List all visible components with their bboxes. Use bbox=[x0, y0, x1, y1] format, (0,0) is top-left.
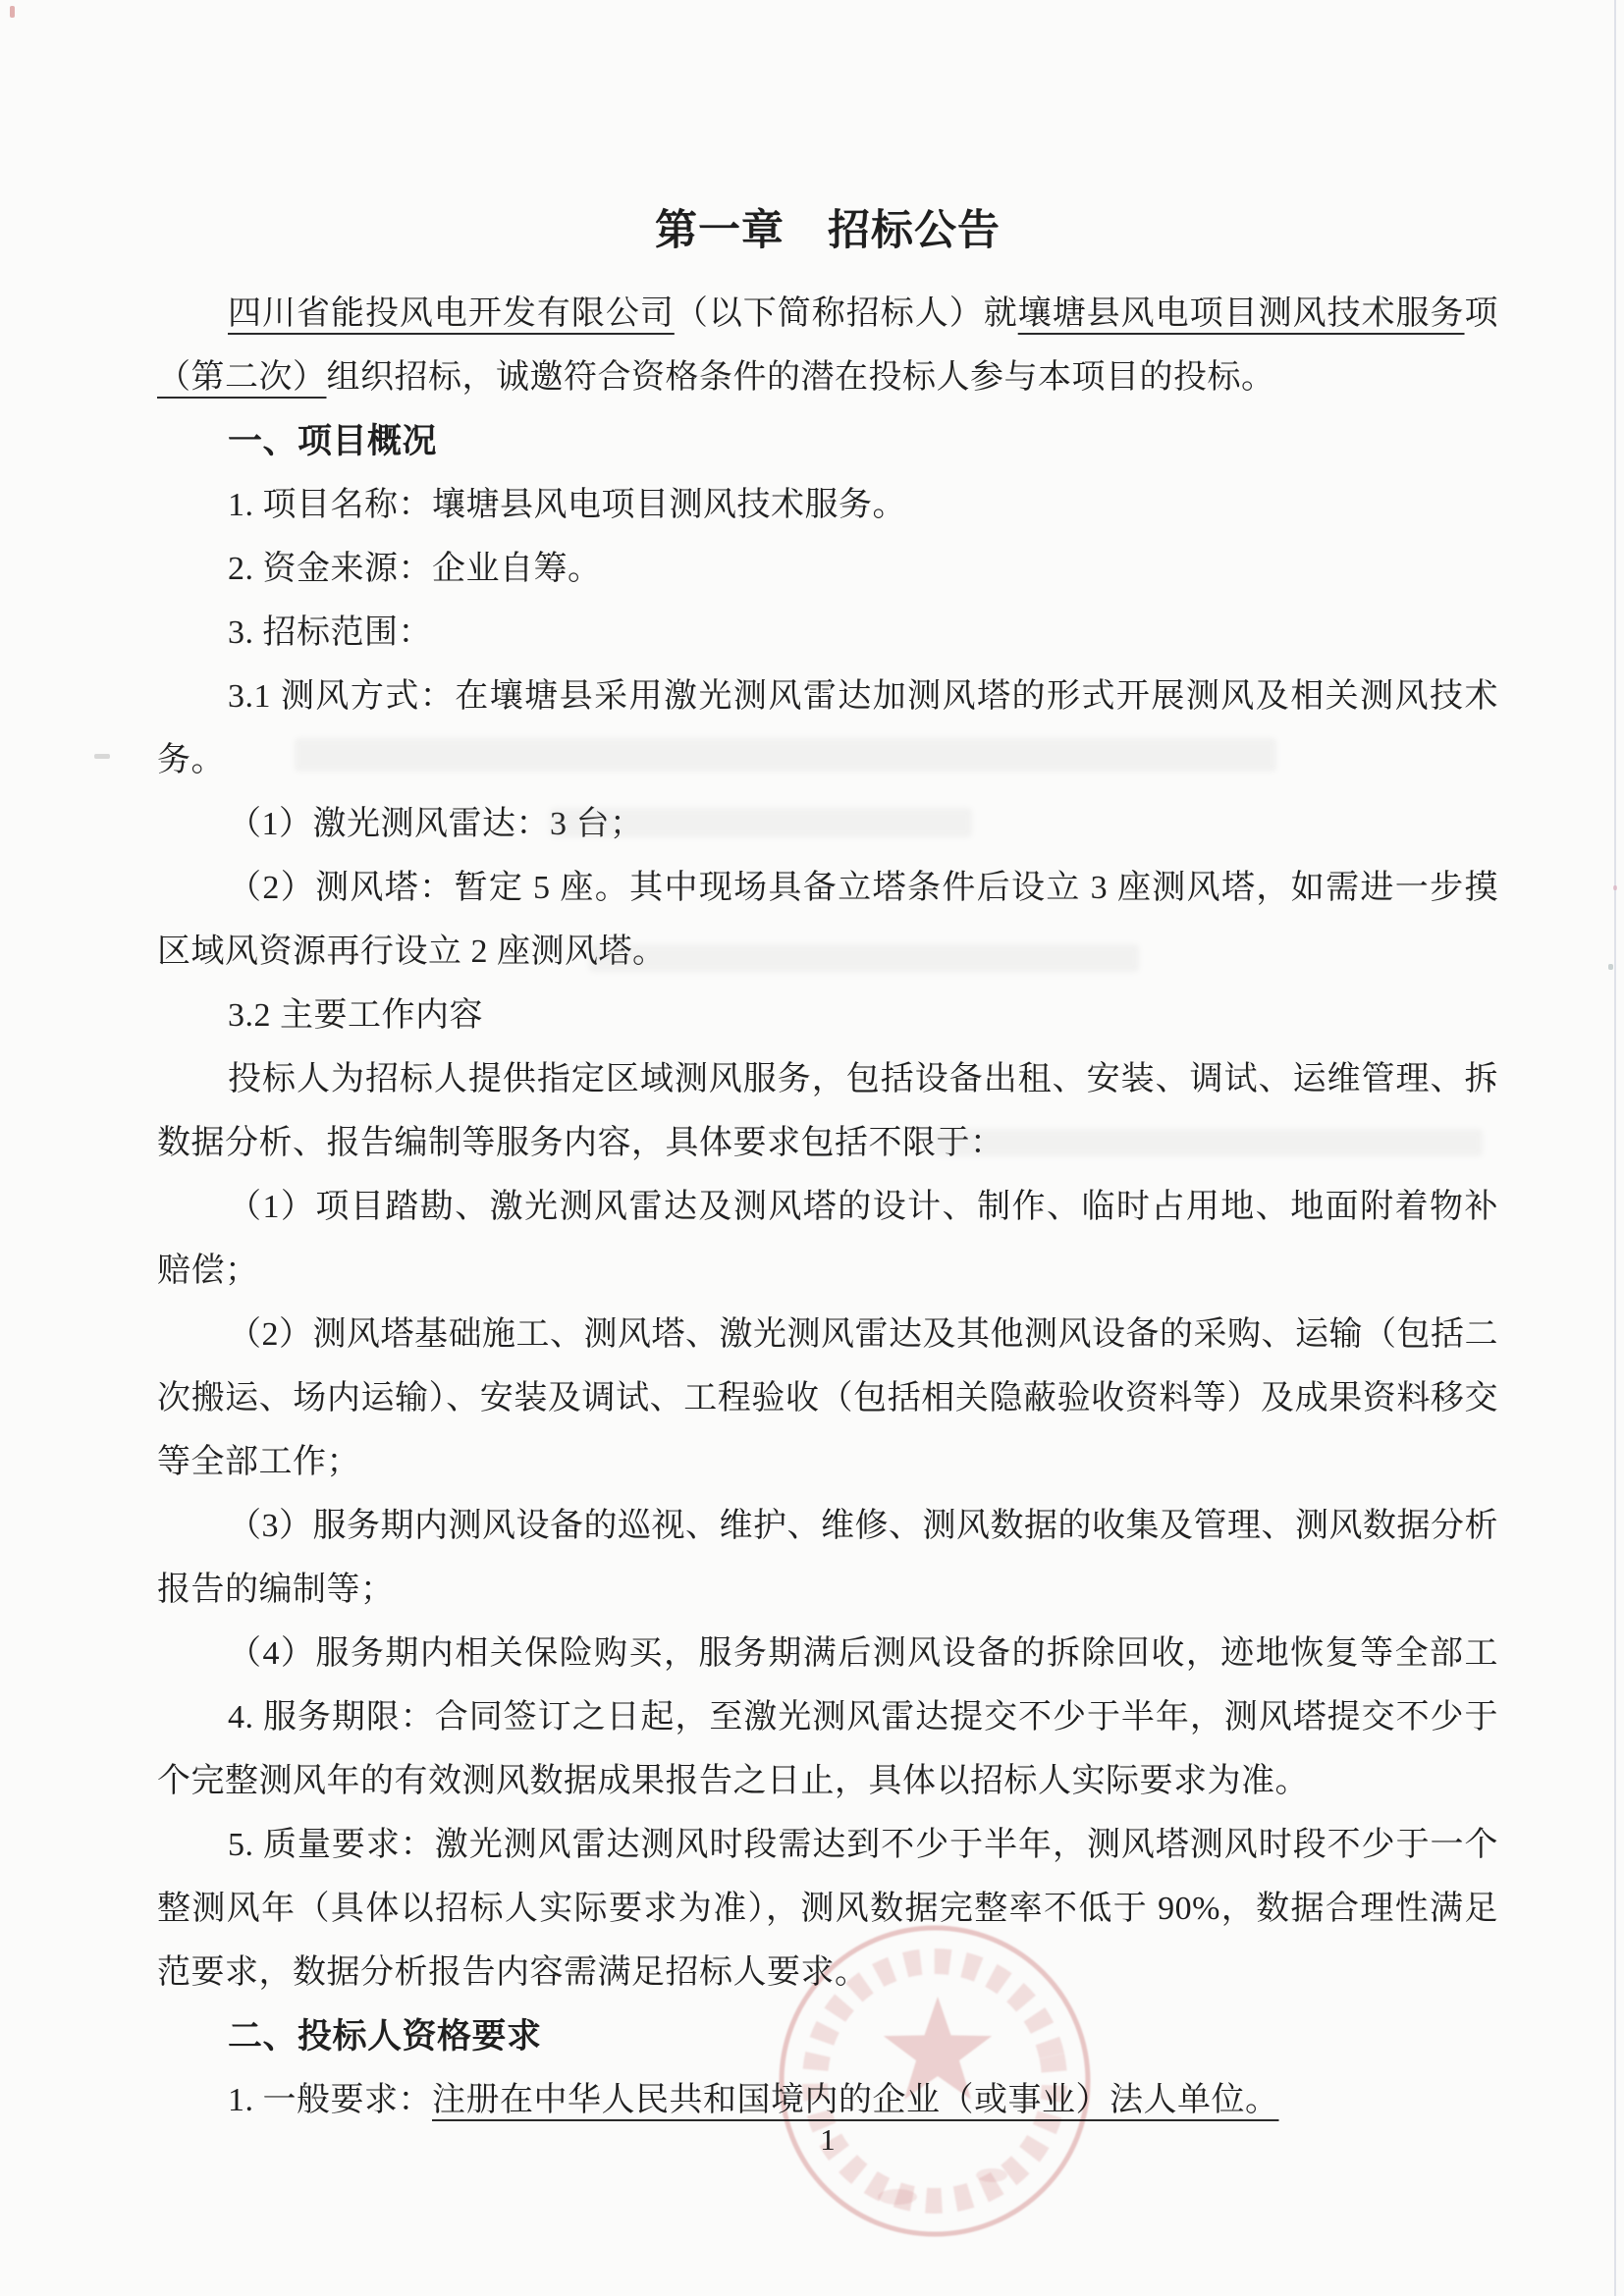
underlined-text: 四川省能投风电开发有限公司 bbox=[228, 295, 675, 332]
text-segment: 务。 bbox=[157, 742, 225, 778]
item-3-1-sub-2-line-1: （2）测风塔：暂定 5 座。其中现场具备立塔条件后设立 3 座测风塔，如需进一步… bbox=[157, 856, 1498, 920]
item-4-term-line-1: 4. 服务期限：合同签订之日起，至激光测风雷达提交不少于半年，测风塔提交不少于一 bbox=[157, 1685, 1498, 1749]
text-segment: 投标人为招标人提供指定区域测风服务，包括设备出租、安装、调试、运维管理、拆除、 bbox=[157, 1061, 1498, 1111]
seal-smudge bbox=[878, 2189, 917, 2205]
text-segment: 整测风年（具体以招标人实际要求为准），测风数据完整率不低于 90%，数据合理性满… bbox=[157, 1891, 1498, 1941]
text-segment: 个完整测风年的有效测风数据成果报告之日止，具体以招标人实际要求为准。 bbox=[157, 1763, 1309, 1799]
text-segment: 1. 项目名称：壤塘县风电项目测风技术服务。 bbox=[228, 487, 906, 523]
text-segment: 1. 一般要求： bbox=[228, 2082, 432, 2118]
work-item-2-line-3: 等全部工作； bbox=[157, 1430, 1498, 1494]
document-page: 第一章 招标公告 四川省能投风电开发有限公司（以下简称招标人）就壤塘县风电项目测… bbox=[0, 0, 1624, 2296]
underlined-text: （第二次） bbox=[157, 359, 327, 396]
work-item-2-line-2: 次搬运、场内运输）、安装及调试、工程验收（包括相关隐蔽验收资料等）及成果资料移交 bbox=[157, 1366, 1498, 1430]
text-segment: （以下简称招标人）就 bbox=[675, 295, 1018, 332]
text-segment: 报告的编制等； bbox=[157, 1572, 395, 1608]
text-segment: （4）服务期内相关保险购买，服务期满后测风设备的拆除回收，迹地恢复等全部工作。 bbox=[157, 1635, 1498, 1685]
intro-line-1: 四川省能投风电开发有限公司（以下简称招标人）就壤塘县风电项目测风技术服务项目 bbox=[157, 282, 1498, 346]
scan-artifact bbox=[295, 738, 1276, 772]
section-2-heading: 二、投标人资格要求 bbox=[157, 2004, 1498, 2068]
scan-edge-artifact bbox=[1614, 0, 1616, 2296]
work-item-4: （4）服务期内相关保险购买，服务期满后测风设备的拆除回收，迹地恢复等全部工作。 bbox=[157, 1622, 1498, 1685]
underlined-text: 注册在中华人民共和国境内的企业（或事业）法人单位。 bbox=[432, 2082, 1279, 2118]
scan-speck bbox=[10, 6, 15, 18]
text-segment: 数据分析、报告编制等服务内容，具体要求包括不限于： bbox=[157, 1125, 1004, 1161]
text-segment: 4. 服务期限：合同签订之日起，至激光测风雷达提交不少于半年，测风塔提交不少于一 bbox=[157, 1699, 1498, 1749]
work-item-3-line-2: 报告的编制等； bbox=[157, 1558, 1498, 1622]
document-body: 四川省能投风电开发有限公司（以下简称招标人）就壤塘县风电项目测风技术服务项目（第… bbox=[157, 282, 1498, 2132]
scan-speck bbox=[1613, 885, 1617, 890]
item-3-2-intro-line-1: 投标人为招标人提供指定区域测风服务，包括设备出租、安装、调试、运维管理、拆除、 bbox=[157, 1047, 1498, 1111]
text-segment: 等全部工作； bbox=[157, 1444, 360, 1480]
text-segment: 3.1 测风方式：在壤塘县采用激光测风雷达加测风塔的形式开展测风及相关测风技术服 bbox=[157, 678, 1498, 728]
item-2-funding: 2. 资金来源：企业自筹。 bbox=[157, 537, 1498, 601]
work-item-1-line-1: （1）项目踏勘、激光测风雷达及测风塔的设计、制作、临时占用地、地面附着物补偿、 bbox=[157, 1175, 1498, 1239]
page-title: 第一章 招标公告 bbox=[157, 202, 1498, 261]
text-segment: 组织招标，诚邀符合资格条件的潜在投标人参与本项目的投标。 bbox=[327, 359, 1275, 396]
item-5-quality-line-1: 5. 质量要求：激光测风雷达测风时段需达到不少于半年，测风塔测风时段不少于一个完 bbox=[157, 1813, 1498, 1877]
scan-artifact bbox=[589, 944, 1139, 972]
text-segment: （2）测风塔基础施工、测风塔、激光测风雷达及其他测风设备的采购、运输（包括二 bbox=[228, 1316, 1498, 1353]
item-3-1-line-1: 3.1 测风方式：在壤塘县采用激光测风雷达加测风塔的形式开展测风及相关测风技术服 bbox=[157, 665, 1498, 728]
underlined-text: 壤塘县风电项目测风技术服务 bbox=[1018, 295, 1465, 332]
intro-line-2: （第二次）组织招标，诚邀符合资格条件的潜在投标人参与本项目的投标。 bbox=[157, 346, 1498, 409]
text-segment: 赔偿； bbox=[157, 1253, 259, 1289]
seal-smudge bbox=[976, 2168, 1007, 2182]
text-segment: （1）项目踏勘、激光测风雷达及测风塔的设计、制作、临时占用地、地面附着物补偿、 bbox=[157, 1189, 1498, 1239]
scan-speck bbox=[94, 754, 110, 759]
item-1-project-name: 1. 项目名称：壤塘县风电项目测风技术服务。 bbox=[157, 473, 1498, 537]
work-item-2-line-1: （2）测风塔基础施工、测风塔、激光测风雷达及其他测风设备的采购、运输（包括二 bbox=[157, 1303, 1498, 1366]
work-item-1-line-2: 赔偿； bbox=[157, 1239, 1498, 1303]
item-5-quality-line-2: 整测风年（具体以招标人实际要求为准），测风数据完整率不低于 90%，数据合理性满… bbox=[157, 1877, 1498, 1941]
text-segment: 5. 质量要求：激光测风雷达测风时段需达到不少于半年，测风塔测风时段不少于一个完 bbox=[157, 1827, 1498, 1877]
text-segment: 3. 招标范围： bbox=[228, 614, 432, 651]
item-5-quality-line-3: 范要求，数据分析报告内容需满足招标人要求。 bbox=[157, 1941, 1498, 2004]
scan-artifact bbox=[550, 808, 972, 837]
text-segment: 范要求，数据分析报告内容需满足招标人要求。 bbox=[157, 1954, 869, 1991]
page-number: 1 bbox=[157, 2118, 1498, 2162]
text-segment: 2. 资金来源：企业自筹。 bbox=[228, 551, 602, 587]
section-1-heading: 一、项目概况 bbox=[157, 409, 1498, 473]
text-segment: 一、项目概况 bbox=[228, 422, 437, 460]
text-segment: （2）测风塔：暂定 5 座。其中现场具备立塔条件后设立 3 座测风塔，如需进一步… bbox=[157, 870, 1498, 920]
work-item-3-line-1: （3）服务期内测风设备的巡视、维护、维修、测风数据的收集及管理、测风数据分析 bbox=[157, 1494, 1498, 1558]
text-segment: 3.2 主要工作内容 bbox=[228, 997, 483, 1034]
scan-artifact bbox=[933, 1129, 1483, 1156]
item-3-2-heading: 3.2 主要工作内容 bbox=[157, 984, 1498, 1047]
text-segment: 次搬运、场内运输）、安装及调试、工程验收（包括相关隐蔽验收资料等）及成果资料移交 bbox=[157, 1380, 1498, 1416]
item-4-term-line-2: 个完整测风年的有效测风数据成果报告之日止，具体以招标人实际要求为准。 bbox=[157, 1749, 1498, 1813]
text-segment: 二、投标人资格要求 bbox=[228, 2017, 542, 2056]
text-segment: （3）服务期内测风设备的巡视、维护、维修、测风数据的收集及管理、测风数据分析 bbox=[228, 1508, 1498, 1544]
scan-speck bbox=[1608, 964, 1613, 970]
item-3-scope: 3. 招标范围： bbox=[157, 601, 1498, 665]
